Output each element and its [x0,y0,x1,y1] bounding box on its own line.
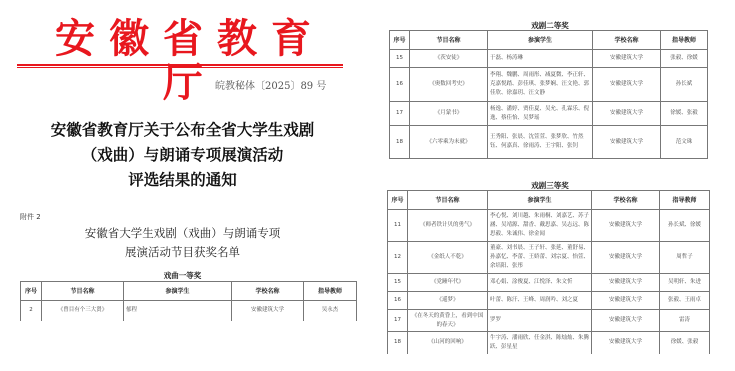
header-teacher: 指导教师 [661,31,708,50]
attachment-label: 附件 2 [20,212,41,222]
cell-no: 15 [390,50,410,68]
cell-school: 安徽建筑大学 [593,50,661,68]
header-school: 学校名称 [592,191,660,210]
cell-program: 《月蒙书》 [410,102,488,126]
table-header-row: 序号 节目名称 参演学生 学校名称 指导教师 [388,191,710,210]
cell-no: 15 [388,274,408,292]
cell-program: 《党踵年代》 [408,274,488,292]
attachment-title-line-2: 展演活动节目获奖名单 [0,244,365,260]
cell-school: 安徽建筑大学 [232,301,304,321]
header-program: 节目名称 [410,31,488,50]
cell-school: 安徽建筑大学 [592,332,660,354]
header-teacher: 指导教师 [660,191,710,210]
table-row: 11 《师者铁计贝的勇气》 李心悦、刘川越、朱雨桐、刘嘉艺、苏子涵、吴靖源、甜香… [388,210,710,242]
cell-students: 罗罗 [488,310,592,332]
table-row: 18 《六零乘为未就》 王秀阳、张晨、沈萱萱、张梦欣、竹然钰、何嘉真、徐雨涛、王… [390,126,708,159]
cell-students: 邓心娟、涂俊夏、江悦泽、朱文忻 [488,274,592,292]
cell-school: 安徽建筑大学 [593,68,661,102]
cell-teacher: 周哲子 [660,242,710,274]
notice-title-line-3: 评选结果的通知 [0,168,365,190]
header-school: 学校名称 [232,282,304,301]
header-school: 学校名称 [593,31,661,50]
cell-no: 16 [388,292,408,310]
cell-school: 安徽建筑大学 [592,210,660,242]
cell-teacher: 范文珠 [661,126,708,159]
cell-school: 安徽建筑大学 [592,274,660,292]
table-row: 15 《党踵年代》 邓心娟、涂俊夏、江悦泽、朱文忻 安徽建筑大学 吴明轩、朱进 [388,274,710,292]
cell-teacher: 徐媛、张毅 [661,102,708,126]
cell-teacher: 徐媛、张毅 [660,332,710,354]
table-row: 17 《在冬天的黄昏上，看到中国的春天》 罗罗 安徽建筑大学 雷涛 [388,310,710,332]
table-row: 2 《曾目有个三大贤》 郁程 安徽建筑大学 吴永杰 [21,301,357,321]
header-students: 参演学生 [488,31,593,50]
cell-school: 安徽建筑大学 [593,102,661,126]
table-caption-first-prize: 戏曲一等奖 [0,270,365,281]
header-no: 序号 [21,282,42,301]
cell-program: 《师者铁计贝的勇气》 [408,210,488,242]
header-teacher: 指导教师 [304,282,357,301]
cell-students: 李心悦、刘川越、朱雨桐、刘嘉艺、苏子涵、吴靖源、甜香、戴思嘉、吴志远、陈思毅、朱… [488,210,592,242]
cell-program: 《茨安徒》 [410,50,488,68]
header-program: 节目名称 [408,191,488,210]
cell-no: 16 [390,68,410,102]
table-row: 17 《月蒙书》 杨逸、潘婷、贾佳夏、吴允、孔霖乐、倪逸、蔡佳怡、吴梦瑶 安徽建… [390,102,708,126]
table-header-row: 序号 节目名称 参演学生 学校名称 指导教师 [21,282,357,301]
third-prize-table: 序号 节目名称 参演学生 学校名称 指导教师 11 《师者铁计贝的勇气》 李心悦… [387,190,710,354]
cell-no: 17 [388,310,408,332]
cell-students: 郁程 [124,301,232,321]
cell-students: 董豪、刘书晨、王子轩、张延、董舒易、孙嘉忆、李蕾、王娇蕾、刘宗夏、怡萱、余培阳、… [488,242,592,274]
cell-teacher: 张毅、徐媛 [661,50,708,68]
first-prize-table: 序号 节目名称 参演学生 学校名称 指导教师 2 《曾目有个三大贤》 郁程 安徽… [20,281,357,321]
cell-program: 《遥梦》 [408,292,488,310]
cell-no: 2 [21,301,42,321]
cell-no: 17 [390,102,410,126]
left-document-page: 安徽省教育厅 皖教秘体〔2025〕89 号 安徽省教育厅关于公布全省大学生戏剧 … [0,0,365,371]
notice-title-line-2: （戏曲）与朗诵专项展演活动 [0,143,365,165]
cell-teacher: 张毅、王雨卓 [660,292,710,310]
table-row: 16 《遥梦》 叶蕾、陈汗、王峰、周润吟、刘之夏 安徽建筑大学 张毅、王雨卓 [388,292,710,310]
masthead-divider-thin [17,67,343,68]
cell-students: 李翔、魏鹏、周雨彤、减夏微、李正轩、克嘉悦踏、彭佳琪、张梦娴、汪文艳、郭佳欣、徐… [488,68,593,102]
notice-title-line-1: 安徽省教育厅关于公布全省大学生戏剧 [0,118,365,140]
cell-no: 12 [388,242,408,274]
cell-no: 18 [390,126,410,159]
cell-no: 11 [388,210,408,242]
cell-teacher: 雷涛 [660,310,710,332]
cell-school: 安徽建筑大学 [593,126,661,159]
cell-school: 安徽建筑大学 [592,310,660,332]
cell-teacher: 孙长斌、徐媛 [660,210,710,242]
cell-program: 《奥数回考史》 [410,68,488,102]
cell-students: 杨逸、潘婷、贾佳夏、吴允、孔霖乐、倪逸、蔡佳怡、吴梦瑶 [488,102,593,126]
table-row: 12 《金纸人不乾》 董豪、刘书晨、王子轩、张延、董舒易、孙嘉忆、李蕾、王娇蕾、… [388,242,710,274]
table-row: 15 《茨安徒》 于磊、杨涛琳 安徽建筑大学 张毅、徐媛 [390,50,708,68]
table-row: 18 《山河的回响》 牛宇涛、潘雨欣、任金淇、陈灿灿、朱腾跃、彭星星 安徽建筑大… [388,332,710,354]
header-program: 节目名称 [42,282,124,301]
cell-school: 安徽建筑大学 [592,242,660,274]
cell-program: 《山河的回响》 [408,332,488,354]
cell-school: 安徽建筑大学 [592,292,660,310]
table-header-row: 序号 节目名称 参演学生 学校名称 指导教师 [390,31,708,50]
cell-no: 18 [388,332,408,354]
header-no: 序号 [390,31,410,50]
cell-program: 《在冬天的黄昏上，看到中国的春天》 [408,310,488,332]
cell-students: 牛宇涛、潘雨欣、任金淇、陈灿灿、朱腾跃、彭星星 [488,332,592,354]
cell-program: 《金纸人不乾》 [408,242,488,274]
cell-program: 《六零乘为未就》 [410,126,488,159]
header-students: 参演学生 [488,191,592,210]
cell-students: 王秀阳、张晨、沈萱萱、张梦欣、竹然钰、何嘉真、徐雨涛、王宇阳、张钊 [488,126,593,159]
cell-program: 《曾目有个三大贤》 [42,301,124,321]
cell-teacher: 吴永杰 [304,301,357,321]
header-no: 序号 [388,191,408,210]
attachment-title-line-1: 安徽省大学生戏剧（戏曲）与朗诵专项 [0,225,365,241]
cell-students: 叶蕾、陈汗、王峰、周润吟、刘之夏 [488,292,592,310]
right-document-page: 戏剧二等奖 序号 节目名称 参演学生 学校名称 指导教师 15 《茨安徒》 于磊… [365,0,735,371]
cell-teacher: 孙长斌 [661,68,708,102]
header-students: 参演学生 [124,282,232,301]
cell-students: 于磊、杨涛琳 [488,50,593,68]
document-number: 皖教秘体〔2025〕89 号 [215,77,326,92]
table-row: 16 《奥数回考史》 李翔、魏鹏、周雨彤、减夏微、李正轩、克嘉悦踏、彭佳琪、张梦… [390,68,708,102]
masthead-divider [17,64,343,66]
second-prize-table: 序号 节目名称 参演学生 学校名称 指导教师 15 《茨安徒》 于磊、杨涛琳 安… [389,30,708,159]
cell-teacher: 吴明轩、朱进 [660,274,710,292]
